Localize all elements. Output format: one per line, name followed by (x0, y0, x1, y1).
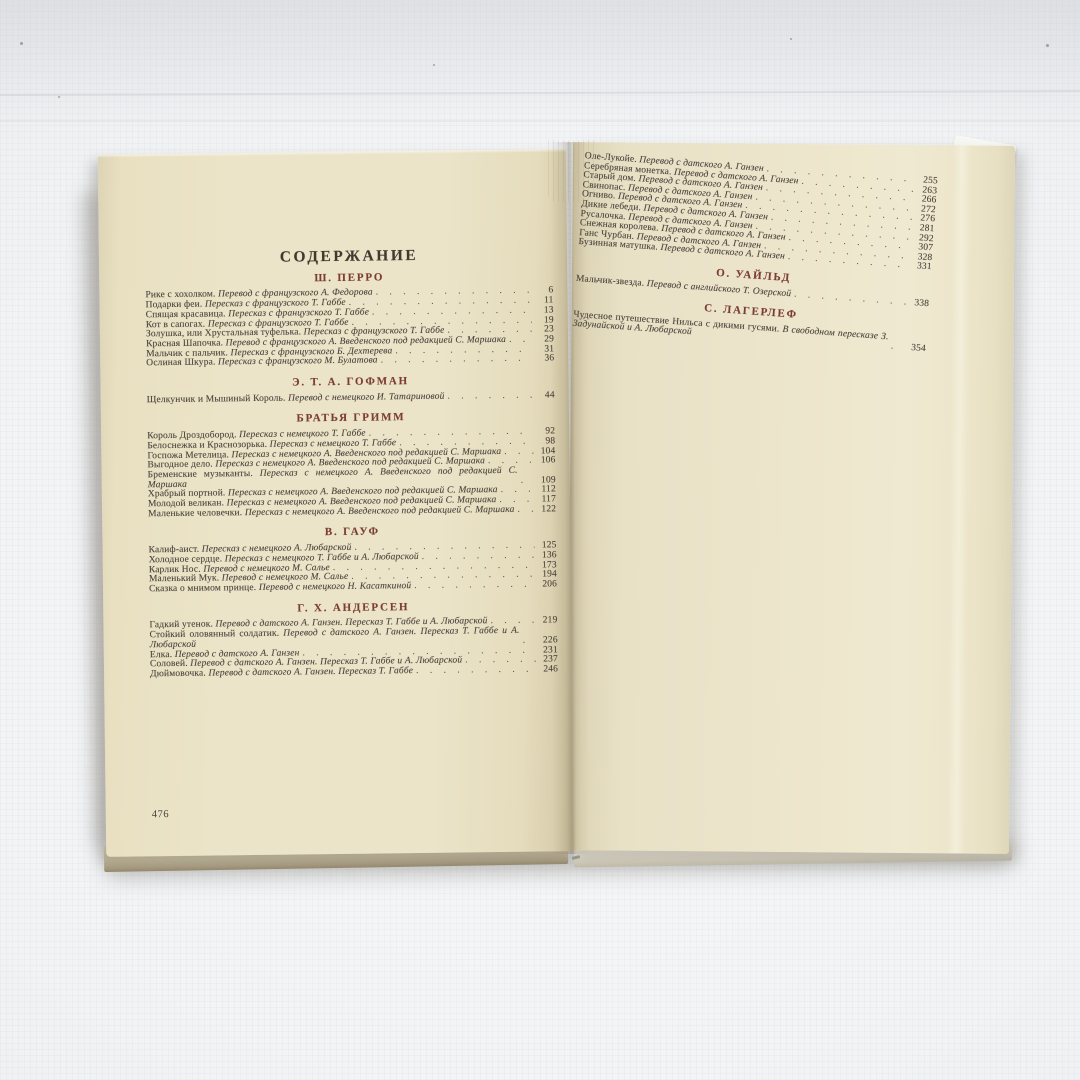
dot-leader (498, 486, 534, 496)
speck (790, 38, 792, 40)
entry-credit: Пересказ с немецкого А. Введенского под … (245, 505, 515, 518)
surface-seam (0, 120, 1080, 122)
entry-page-number: 122 (534, 505, 556, 515)
section-heading: Э. Т. А. ГОФМАН (146, 375, 554, 390)
speck (20, 42, 23, 45)
entry-page-number: 331 (909, 262, 932, 273)
entry-credit: Пересказ с французского М. Булатова (218, 356, 378, 368)
entry-credit: Перевод с немецкого И. Татариновой (288, 391, 445, 403)
dot-leader (887, 343, 904, 354)
entry-title: Мальчик-звезда. (576, 273, 648, 288)
entry-title: Дюймовочка. (150, 668, 208, 679)
entry-page-number: 44 (533, 391, 555, 401)
section-heading: Г. Х. АНДЕРСЕН (149, 601, 557, 616)
entry-title: Щелкунчик и Мышиный Король. (147, 393, 288, 405)
left-page-folio: 476 (152, 809, 169, 820)
dot-leader (413, 665, 536, 676)
entry-page-number: 206 (535, 580, 557, 590)
section-heading: В. ГАУФ (148, 526, 556, 541)
entry-text: Сказка о мнимом принце. Перевод с немецк… (149, 582, 411, 595)
entry-page-number: 246 (536, 665, 558, 675)
entry-title: Бременские музыканты. (148, 469, 260, 480)
entry-title: Маленькие человечки. (148, 508, 245, 519)
left-page: СОДЕРЖАНИЕ Ш. ПЕРРОРике с хохолком. Пере… (98, 149, 575, 857)
section-heading: БРАТЬЯ ГРИММ (147, 412, 555, 427)
dot-leader (496, 496, 534, 506)
dot-leader (518, 476, 534, 486)
dot-leader (488, 617, 536, 627)
dot-leader (520, 636, 536, 646)
entry-credit: Перевод с немецкого Н. Касаткиной (259, 581, 412, 593)
entry-text: Щелкунчик и Мышиный Король. Перевод с не… (147, 392, 445, 405)
entry-page-number: 219 (535, 617, 557, 627)
dot-leader (514, 505, 534, 515)
entry-page-number: 106 (533, 457, 555, 467)
dot-leader (411, 581, 535, 592)
toc-entry: Ослиная Шкура. Пересказ с французского М… (146, 355, 554, 370)
photo-scene: Оле-Лукойе. Перевод с датского А. Ганзен… (0, 0, 1080, 1080)
entry-credit: Перевод с датского А. Ганзен. Пересказ Т… (208, 666, 413, 678)
dot-leader (485, 457, 534, 467)
left-page-contents: СОДЕРЖАНИЕ Ш. ПЕРРОРике с хохолком. Пере… (145, 249, 558, 680)
contents-title: СОДЕРЖАНИЕ (145, 249, 553, 264)
section-heading: Ш. ПЕРРО (145, 271, 553, 286)
entry-text: Ослиная Шкура. Пересказ с французского М… (146, 357, 378, 370)
entry-text: Дюймовочка. Перевод с датского А. Ганзен… (150, 667, 413, 680)
toc-entry: Щелкунчик и Мышиный Король. Перевод с не… (147, 391, 555, 406)
entry-page-number: 338 (907, 298, 930, 309)
entry-title: Стойкий оловянный солдатик. (150, 629, 284, 641)
speck (1046, 44, 1049, 47)
background-shadow (0, 0, 1080, 150)
entry-page-number: 36 (532, 355, 554, 365)
dot-leader (791, 290, 908, 308)
entry-title: Ослиная Шкура. (146, 358, 218, 369)
dot-leader (378, 355, 533, 367)
entry-text: Маленькие человечки. Пересказ с немецког… (148, 506, 514, 520)
dot-leader (444, 391, 532, 402)
right-page-contents: Оле-Лукойе. Перевод с датского А. Ганзен… (572, 152, 938, 355)
speck (58, 96, 60, 98)
dot-leader (506, 336, 532, 346)
dot-leader (501, 447, 533, 457)
speck (433, 64, 435, 66)
right-page: Оле-Лукойе. Перевод с датского А. Ганзен… (567, 142, 1015, 854)
entry-title: Сказка о мнимом принце. (149, 583, 259, 594)
entry-page-number: 354 (903, 344, 926, 355)
